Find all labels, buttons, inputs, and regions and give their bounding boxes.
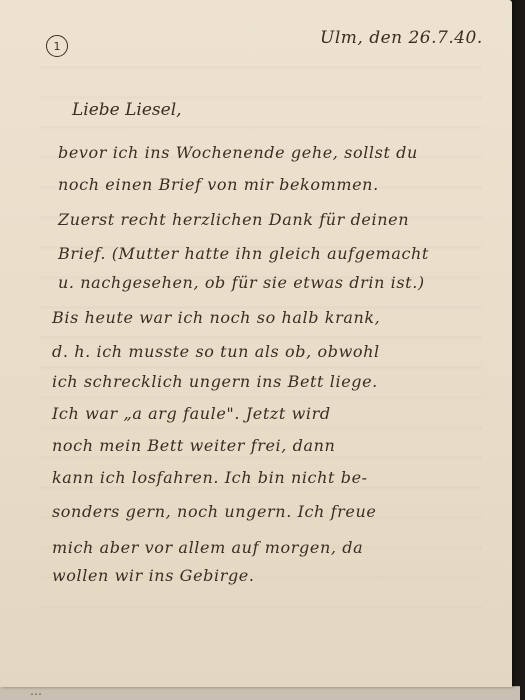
letter-sheet: 1 Ulm, den 26.7.40. Liebe Liesel, bevor … — [0, 0, 512, 687]
letter-line: u. nachgesehen, ob für sie etwas drin is… — [58, 273, 425, 292]
letter-line: wollen wir ins Gebirge. — [52, 566, 255, 585]
letter-line: mich aber vor allem auf morgen, da — [52, 538, 363, 557]
place-date: Ulm, den 26.7.40. — [320, 28, 483, 48]
letter-line: Zuerst recht herzlichen Dank für deinen — [58, 210, 409, 229]
letter-line: Brief. (Mutter hatte ihn gleich aufgemac… — [58, 244, 429, 263]
letter-line: noch einen Brief von mir bekommen. — [58, 175, 379, 194]
second-sheet-edge: … — [0, 686, 520, 700]
letter-line: bevor ich ins Wochenende gehe, sollst du — [58, 143, 418, 162]
page-number-circle: 1 — [46, 35, 68, 57]
salutation: Liebe Liesel, — [72, 100, 182, 120]
letter-line: noch mein Bett weiter frei, dann — [52, 436, 335, 455]
letter-line: Ich war „a arg faule". Jetzt wird — [52, 404, 331, 423]
letter-line: sonders gern, noch ungern. Ich freue — [52, 502, 376, 521]
letter-line: d. h. ich musste so tun als ob, obwohl — [52, 342, 380, 361]
letter-line: Bis heute war ich noch so halb krank, — [52, 308, 380, 327]
letter-line: ich schrecklich ungern ins Bett liege. — [52, 372, 378, 391]
letter-line: kann ich losfahren. Ich bin nicht be- — [52, 468, 368, 487]
letter-photo: … 1 Ulm, den 26.7.40. Liebe Liesel, bevo… — [0, 0, 525, 700]
page-number: 1 — [54, 40, 61, 53]
